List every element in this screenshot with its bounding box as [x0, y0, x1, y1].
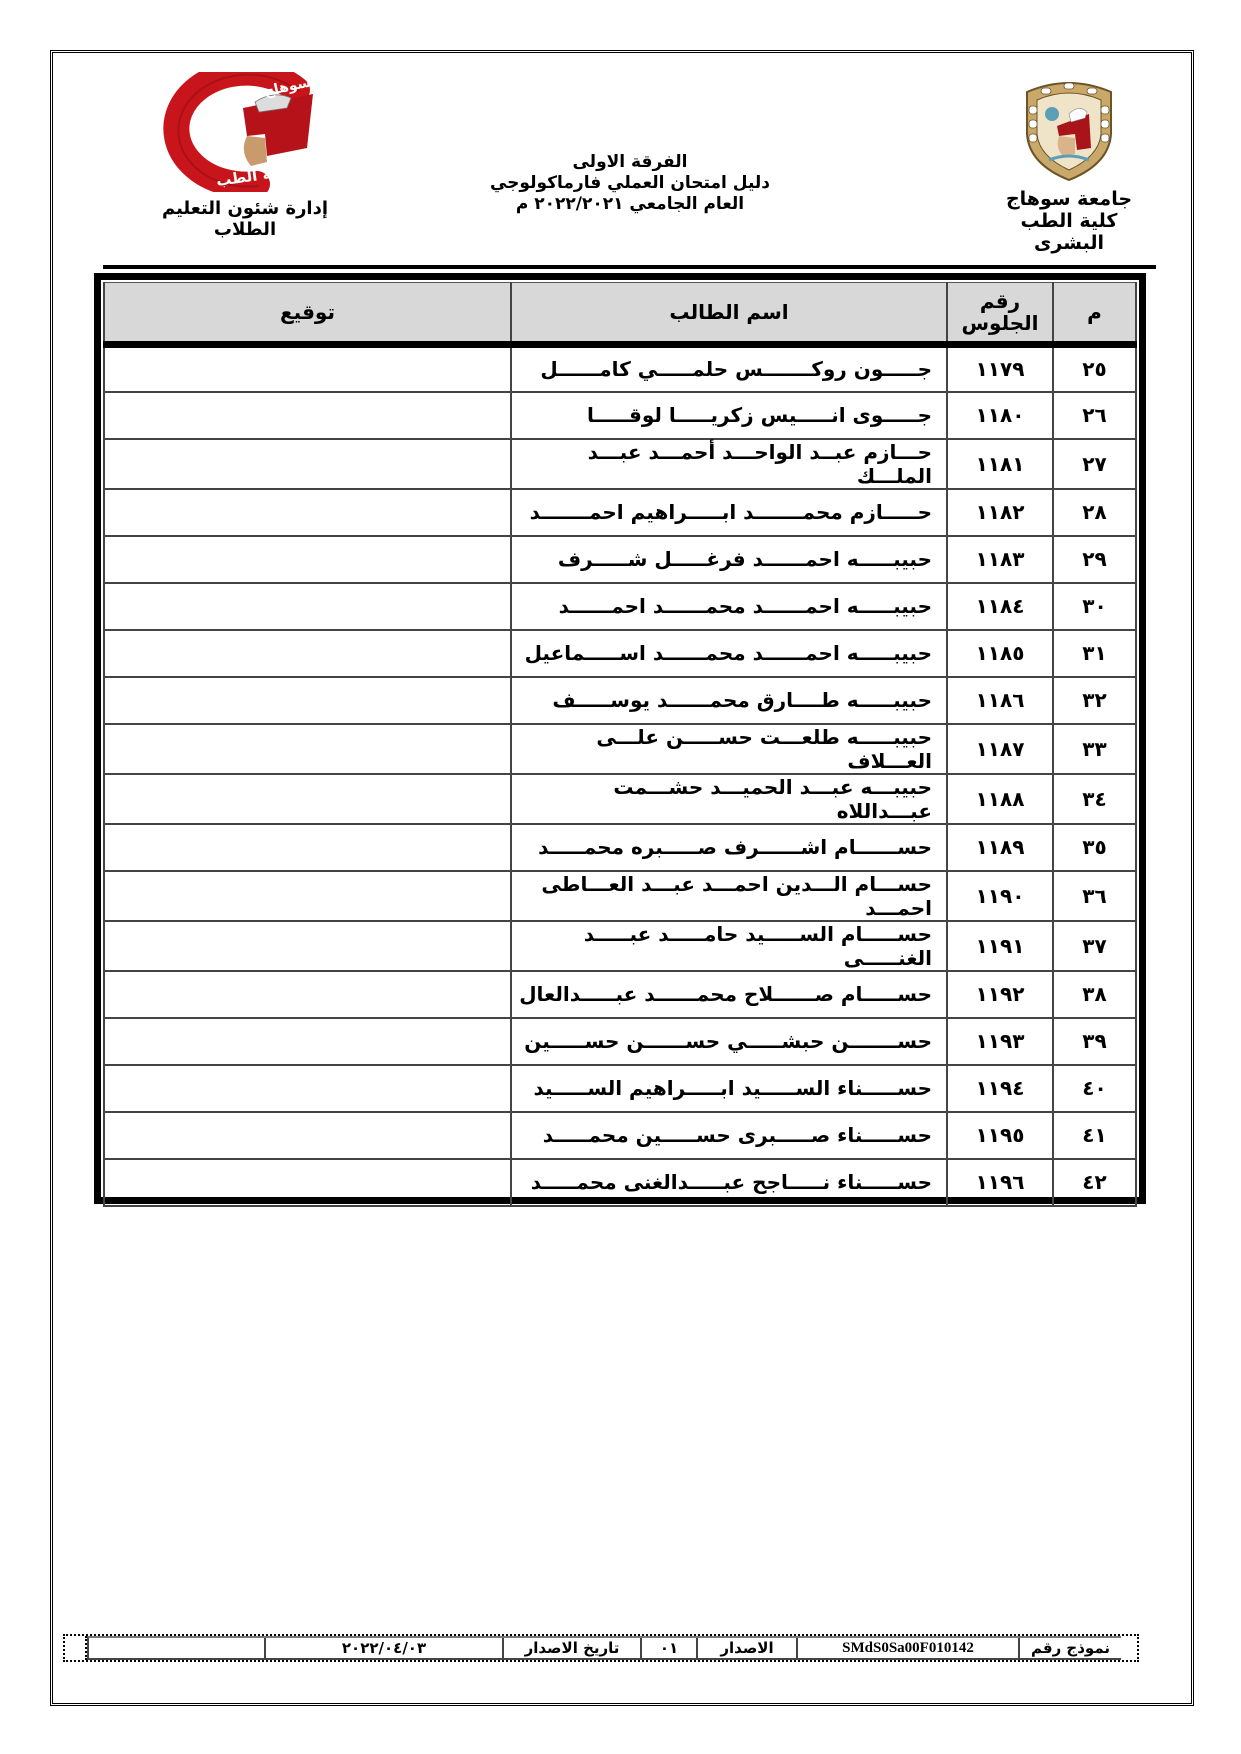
row-index: ٣٢: [1053, 677, 1136, 724]
row-index: ٣٤: [1053, 774, 1136, 824]
student-roster-table: م رقم الجلوس اسم الطالب توقيع ٢٥١١٧٩جـــ…: [94, 273, 1146, 1204]
version-value: ٠١: [640, 1638, 696, 1658]
department-block: جامعة سوهاج كلية الطب إدارة شئون التعليم…: [130, 70, 360, 240]
row-signature-field[interactable]: [104, 345, 511, 392]
row-signature-field[interactable]: [104, 921, 511, 971]
row-signature-field[interactable]: [104, 871, 511, 921]
roster-body: ٢٥١١٧٩جـــــون روكـــــــس حلمـــــي كام…: [104, 345, 1136, 1206]
title-line-exam: دليل امتحان العملي فارماكولوجي: [460, 173, 800, 194]
title-line-year-group: الفرقة الاولى: [460, 152, 800, 173]
footer-frame: نموذج رقم SMdS0Sa00F010142 الاصدار ٠١ تا…: [87, 1636, 1121, 1660]
row-student-name: حبيبـــــه احمــــــد محمــــــد اســـــ…: [511, 630, 947, 677]
row-index: ٣٦: [1053, 871, 1136, 921]
column-header-index: م: [1053, 283, 1136, 345]
row-signature-field[interactable]: [104, 971, 511, 1018]
row-index: ٣٠: [1053, 583, 1136, 630]
row-signature-field[interactable]: [104, 489, 511, 536]
row-student-name: حســـــناء نـــــاجح عبـــــدالغنى محمــ…: [511, 1159, 947, 1206]
row-index: ٢٩: [1053, 536, 1136, 583]
table-row: ٢٨١١٨٢حـــــازم محمـــــــد ابـــــراهيم…: [104, 489, 1136, 536]
row-seat-number: ١١٨٧: [947, 724, 1053, 774]
row-signature-field[interactable]: [104, 824, 511, 871]
row-student-name: حســـــــن حبشـــــي حســــــن حســـــين: [511, 1018, 947, 1065]
table-row: ٣٩١١٩٣حســـــــن حبشـــــي حســــــن حسـ…: [104, 1018, 1136, 1065]
row-signature-field[interactable]: [104, 392, 511, 439]
row-index: ٣٩: [1053, 1018, 1136, 1065]
row-index: ٢٦: [1053, 392, 1136, 439]
table-row: ٣٤١١٨٨حبيبـــه عبـــد الحميـــد حشـــمت …: [104, 774, 1136, 824]
row-seat-number: ١١٩٥: [947, 1112, 1053, 1159]
table-row: ٣٨١١٩٢حســـــام صــــــلاح محمــــــد عب…: [104, 971, 1136, 1018]
row-index: ٤٠: [1053, 1065, 1136, 1112]
row-seat-number: ١١٩٦: [947, 1159, 1053, 1206]
row-seat-number: ١١٩١: [947, 921, 1053, 971]
row-student-name: حســـــناء صـــــبرى حســـــين محمـــــد: [511, 1112, 947, 1159]
row-student-name: حســـــناء الســـــيد ابـــــراهيم الســ…: [511, 1065, 947, 1112]
table-row: ٣١١١٨٥حبيبـــــه احمــــــد محمــــــد ا…: [104, 630, 1136, 677]
issue-date-label: تاريخ الاصدار: [502, 1638, 640, 1658]
table-row: ٤١١١٩٥حســـــناء صـــــبرى حســـــين محم…: [104, 1112, 1136, 1159]
university-crest-icon: [1019, 78, 1119, 182]
row-seat-number: ١١٨١: [947, 439, 1053, 489]
row-student-name: جـــــوى انـــــيس زكريـــــا لوقـــــا: [511, 392, 947, 439]
row-student-name: حبيبـــــه احمــــــد فرغـــــل شـــــرف: [511, 536, 947, 583]
document-title: الفرقة الاولى دليل امتحان العملي فارماكو…: [460, 152, 800, 215]
table-row: ٤٠١١٩٤حســـــناء الســـــيد ابـــــراهيم…: [104, 1065, 1136, 1112]
row-index: ٣١: [1053, 630, 1136, 677]
row-signature-field[interactable]: [104, 1112, 511, 1159]
row-seat-number: ١١٨٥: [947, 630, 1053, 677]
form-number-value: SMdS0Sa00F010142: [796, 1638, 1018, 1658]
row-seat-number: ١١٨٨: [947, 774, 1053, 824]
faculty-logo-icon: جامعة سوهاج كلية الطب: [147, 72, 343, 192]
table-row: ٣٧١١٩١حســـــام الســـــيد حامـــــد عبـ…: [104, 921, 1136, 971]
version-label: الاصدار: [696, 1638, 796, 1658]
column-header-seat-number: رقم الجلوس: [947, 283, 1053, 345]
row-student-name: حســــــام اشــــــرف صـــــبره محمـــــ…: [511, 824, 947, 871]
row-seat-number: ١١٨٦: [947, 677, 1053, 724]
row-student-name: حبيبـــه عبـــد الحميـــد حشـــمت عبـــد…: [511, 774, 947, 824]
university-name: جامعة سوهاج: [984, 188, 1154, 210]
row-student-name: حبيبـــــه احمــــــد محمــــــد احمــــ…: [511, 583, 947, 630]
table-row: ٤٢١١٩٦حســـــناء نـــــاجح عبـــــدالغنى…: [104, 1159, 1136, 1206]
row-seat-number: ١١٨٣: [947, 536, 1053, 583]
header-divider: [103, 265, 1156, 269]
row-student-name: حـــازم عبــد الواحـــد أحمـــد عبـــد ا…: [511, 439, 947, 489]
row-seat-number: ١١٨٩: [947, 824, 1053, 871]
department-name: إدارة شئون التعليم الطلاب: [130, 198, 360, 240]
row-student-name: حبيبـــــه طلعـــت حســـــن علـــى العــ…: [511, 724, 947, 774]
row-seat-number: ١١٨٤: [947, 583, 1053, 630]
row-student-name: حســـام الـــدين احمـــد عبـــد العـــاط…: [511, 871, 947, 921]
row-signature-field[interactable]: [104, 1065, 511, 1112]
table-header-row: م رقم الجلوس اسم الطالب توقيع: [104, 283, 1136, 345]
row-seat-number: ١١٩٠: [947, 871, 1053, 921]
table-row: ٣٦١١٩٠حســـام الـــدين احمـــد عبـــد ال…: [104, 871, 1136, 921]
row-student-name: جـــــون روكـــــــس حلمـــــي كامــــــ…: [511, 345, 947, 392]
footer-blank-cell: [89, 1638, 264, 1658]
row-signature-field[interactable]: [104, 677, 511, 724]
university-block: جامعة سوهاج كلية الطب البشرى: [984, 70, 1154, 254]
row-signature-field[interactable]: [104, 583, 511, 630]
row-student-name: حبيبـــــه طــــارق محمــــــد يوســـــف: [511, 677, 947, 724]
row-index: ٢٧: [1053, 439, 1136, 489]
row-seat-number: ١١٨٠: [947, 392, 1053, 439]
seat-header-line1: رقم: [948, 290, 1052, 312]
roster-grid: م رقم الجلوس اسم الطالب توقيع ٢٥١١٧٩جـــ…: [103, 282, 1137, 1207]
row-index: ٣٥: [1053, 824, 1136, 871]
form-number-label: نموذج رقم: [1018, 1638, 1121, 1658]
row-seat-number: ١١٧٩: [947, 345, 1053, 392]
row-index: ٣٨: [1053, 971, 1136, 1018]
row-student-name: حســـــام الســـــيد حامـــــد عبـــــد …: [511, 921, 947, 971]
table-row: ٢٧١١٨١حـــازم عبــد الواحـــد أحمـــد عب…: [104, 439, 1136, 489]
title-line-academic-year: العام الجامعي ٢٠٢٢/٢٠٢١ م: [460, 194, 800, 215]
row-index: ٢٨: [1053, 489, 1136, 536]
footer-spacer-cell: [65, 1636, 87, 1660]
column-header-student-name: اسم الطالب: [511, 283, 947, 345]
faculty-name: كلية الطب البشرى: [984, 210, 1154, 254]
row-student-name: حســـــام صــــــلاح محمــــــد عبـــــد…: [511, 971, 947, 1018]
row-seat-number: ١١٩٣: [947, 1018, 1053, 1065]
row-seat-number: ١١٨٢: [947, 489, 1053, 536]
row-signature-field[interactable]: [104, 1159, 511, 1206]
row-index: ٤١: [1053, 1112, 1136, 1159]
column-header-signature: توقيع: [104, 283, 511, 345]
row-signature-field[interactable]: [104, 439, 511, 489]
row-signature-field[interactable]: [104, 630, 511, 677]
row-student-name: حـــــازم محمـــــــد ابـــــراهيم احمــ…: [511, 489, 947, 536]
row-signature-field[interactable]: [104, 724, 511, 774]
seat-header-line2: الجلوس: [948, 312, 1052, 334]
table-row: ٢٥١١٧٩جـــــون روكـــــــس حلمـــــي كام…: [104, 345, 1136, 392]
table-row: ٣٢١١٨٦حبيبـــــه طــــارق محمــــــد يوس…: [104, 677, 1136, 724]
row-index: ٣٧: [1053, 921, 1136, 971]
table-row: ٢٦١١٨٠جـــــوى انـــــيس زكريـــــا لوقـ…: [104, 392, 1136, 439]
table-row: ٣٠١١٨٤حبيبـــــه احمــــــد محمــــــد ا…: [104, 583, 1136, 630]
row-index: ٢٥: [1053, 345, 1136, 392]
table-row: ٣٥١١٨٩حســــــام اشــــــرف صـــــبره مح…: [104, 824, 1136, 871]
row-seat-number: ١١٩٤: [947, 1065, 1053, 1112]
issue-date-value: ٢٠٢٢/٠٤/٠٣: [264, 1638, 502, 1658]
row-signature-field[interactable]: [104, 1018, 511, 1065]
row-signature-field[interactable]: [104, 774, 511, 824]
table-row: ٣٣١١٨٧حبيبـــــه طلعـــت حســـــن علـــى…: [104, 724, 1136, 774]
row-index: ٤٢: [1053, 1159, 1136, 1206]
table-row: ٢٩١١٨٣حبيبـــــه احمــــــد فرغـــــل شـ…: [104, 536, 1136, 583]
row-index: ٣٣: [1053, 724, 1136, 774]
form-footer: نموذج رقم SMdS0Sa00F010142 الاصدار ٠١ تا…: [63, 1634, 1139, 1662]
row-seat-number: ١١٩٢: [947, 971, 1053, 1018]
document-header: جامعة سوهاج كلية الطب البشرى الفرقة الاو…: [60, 60, 1184, 260]
row-signature-field[interactable]: [104, 536, 511, 583]
